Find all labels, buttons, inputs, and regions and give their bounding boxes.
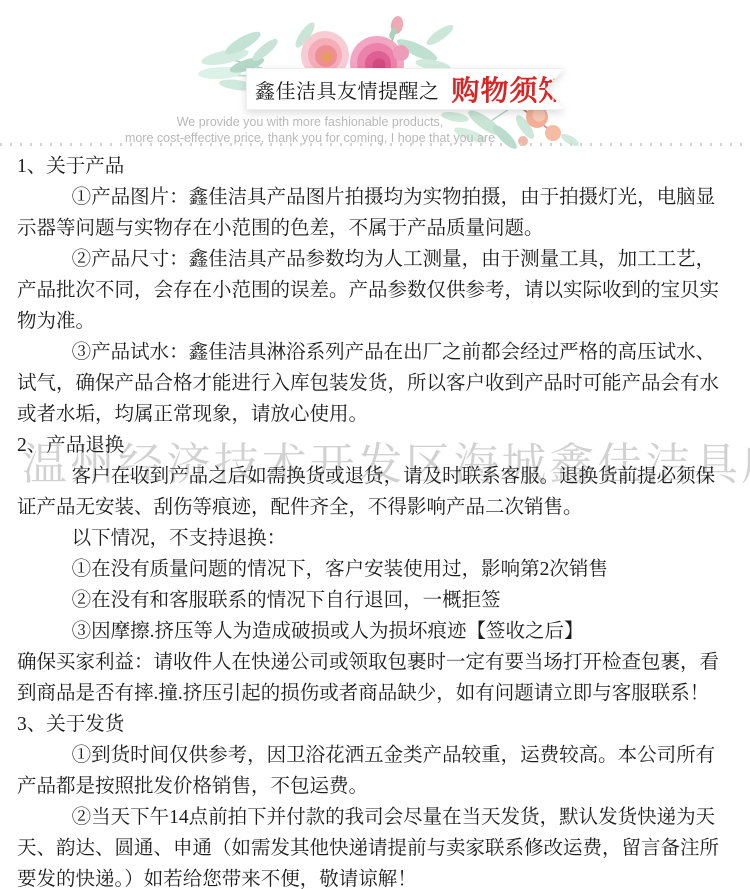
section-2-heading: 2、产品退换 <box>17 430 734 461</box>
notice-paragraph: ②当天下午14点前拍下并付款的我司会尽量在当天发货，默认发货快递为天天、韵达、圆… <box>17 802 734 889</box>
notice-title: 购物须知 <box>452 69 568 109</box>
notice-paragraph: ①到货时间仅供参考，因卫浴花洒五金类产品较重，运费较高。本公司所有产品都是按照批… <box>17 740 734 802</box>
section-3-heading: 3、关于发货 <box>17 709 734 740</box>
notice-paragraph: 以下情况，不支持退换： <box>17 523 734 554</box>
english-tagline: We provide you with more fashionable pro… <box>5 114 615 146</box>
notice-paragraph: ③因摩擦.挤压等人为造成破损或人为损坏痕迹【签收之后】 <box>17 616 734 647</box>
notice-paragraph: ②产品尺寸：鑫佳洁具产品参数均为人工测量，由于测量工具，加工工艺，产品批次不同，… <box>17 244 734 337</box>
notice-paragraph: 确保买家利益：请收件人在快递公司或领取包裹时一定有要当场打开检查包裹，看到商品是… <box>17 647 734 709</box>
header: 鑫佳洁具友情提醒之 购物须知 We provide you with more … <box>0 0 750 150</box>
notice-paragraph: ①在没有质量问题的情况下，客户安装使用过，影响第2次销售 <box>17 554 734 585</box>
ribbon-banner: 鑫佳洁具友情提醒之 购物须知 <box>246 68 565 110</box>
tagline-line-1: We provide you with more fashionable pro… <box>5 114 615 130</box>
notice-page: 鑫佳洁具友情提醒之 购物须知 We provide you with more … <box>0 0 750 889</box>
tagline-line-2: more cost-effective price, thank you for… <box>5 130 615 146</box>
notice-body: 1、关于产品 ①产品图片：鑫佳洁具产品图片拍摄均为实物拍摄，由于拍摄灯光，电脑显… <box>0 151 750 889</box>
brand-line: 鑫佳洁具友情提醒之 <box>255 75 440 104</box>
section-1-heading: 1、关于产品 <box>17 151 734 182</box>
notice-paragraph: 客户在收到产品之后如需换货或退货，请及时联系客服。退换货前提必须保证产品无安装、… <box>17 461 734 523</box>
notice-paragraph: ①产品图片：鑫佳洁具产品图片拍摄均为实物拍摄，由于拍摄灯光，电脑显示器等问题与实… <box>17 182 734 244</box>
notice-paragraph: ②在没有和客服联系的情况下自行退回，一概拒签 <box>17 585 734 616</box>
notice-paragraph: ③产品试水：鑫佳洁具淋浴系列产品在出厂之前都会经过严格的高压试水、试气，确保产品… <box>17 337 734 430</box>
